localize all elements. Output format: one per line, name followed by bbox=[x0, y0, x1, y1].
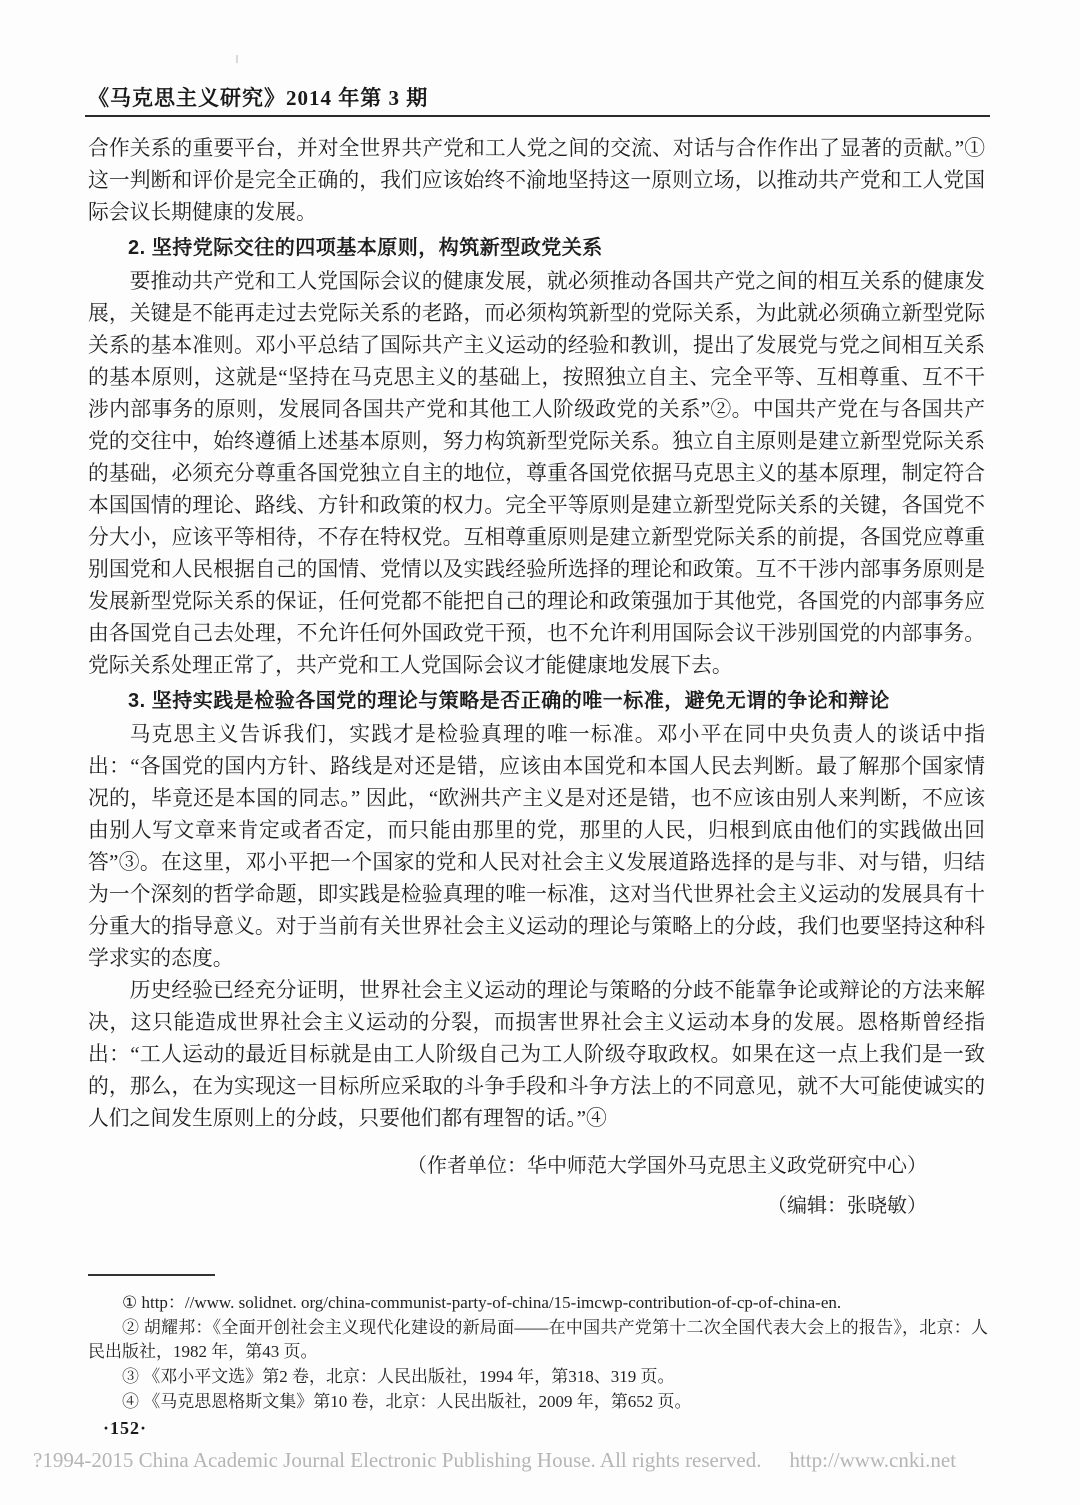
cnki-watermark: ?1994-2015 China Academic Journal Electr… bbox=[33, 1448, 1053, 1473]
footnote-4: ④ 《马克思恩格斯文集》第10 卷，北京：人民出版社，2009 年，第652 页… bbox=[88, 1390, 988, 1414]
header-divider-rule bbox=[85, 115, 990, 117]
watermark-copyright: ?1994-2015 China Academic Journal Electr… bbox=[33, 1448, 761, 1472]
author-affiliation: （作者单位：华中师范大学国外马克思主义政党研究中心） bbox=[88, 1146, 927, 1186]
journal-issue-header: 《马克思主义研究》2014 年第 3 期 bbox=[88, 82, 428, 112]
footnote-divider-rule bbox=[88, 1274, 215, 1276]
article-body: 合作关系的重要平台，并对全世界共产党和工人党之间的交流、对话与合作作出了显著的贡… bbox=[88, 133, 985, 1135]
footnote-3: ③ 《邓小平文选》第2 卷，北京：人民出版社，1994 年，第318、319 页… bbox=[88, 1365, 988, 1389]
section-3-paragraph-1: 马克思主义告诉我们，实践才是检验真理的唯一标准。邓小平在同中央负责人的谈话中指出… bbox=[88, 719, 985, 975]
section-2-heading: 2. 坚持党际交往的四项基本原则，构筑新型政党关系 bbox=[88, 232, 985, 264]
editor-credit: （编辑：张晓敏） bbox=[88, 1186, 927, 1226]
paragraph-continued: 合作关系的重要平台，并对全世界共产党和工人党之间的交流、对话与合作作出了显著的贡… bbox=[88, 133, 985, 229]
footnote-2: ② 胡耀邦：《全面开创社会主义现代化建设的新局面——在中国共产党第十二次全国代表… bbox=[88, 1316, 988, 1364]
scan-artifact bbox=[236, 55, 238, 63]
byline-block: （作者单位：华中师范大学国外马克思主义政党研究中心） （编辑：张晓敏） bbox=[88, 1146, 927, 1226]
section-3-paragraph-2: 历史经验已经充分证明，世界社会主义运动的理论与策略的分歧不能靠争论或辩论的方法来… bbox=[88, 975, 985, 1135]
section-3-heading: 3. 坚持实践是检验各国党的理论与策略是否正确的唯一标准，避免无谓的争论和辩论 bbox=[88, 685, 985, 717]
footnote-1: ① http：//www. solidnet. org/china-commun… bbox=[88, 1291, 988, 1315]
footnotes-block: ① http：//www. solidnet. org/china-commun… bbox=[88, 1291, 988, 1415]
page-number: ·152· bbox=[103, 1418, 147, 1439]
section-2-paragraph: 要推动共产党和工人党国际会议的健康发展，就必须推动各国共产党之间的相互关系的健康… bbox=[88, 266, 985, 682]
journal-scan-page: 《马克思主义研究》2014 年第 3 期 合作关系的重要平台，并对全世界共产党和… bbox=[0, 0, 1080, 1505]
watermark-url: http://www.cnki.net bbox=[789, 1448, 956, 1472]
scan-artifact bbox=[874, 1094, 884, 1096]
